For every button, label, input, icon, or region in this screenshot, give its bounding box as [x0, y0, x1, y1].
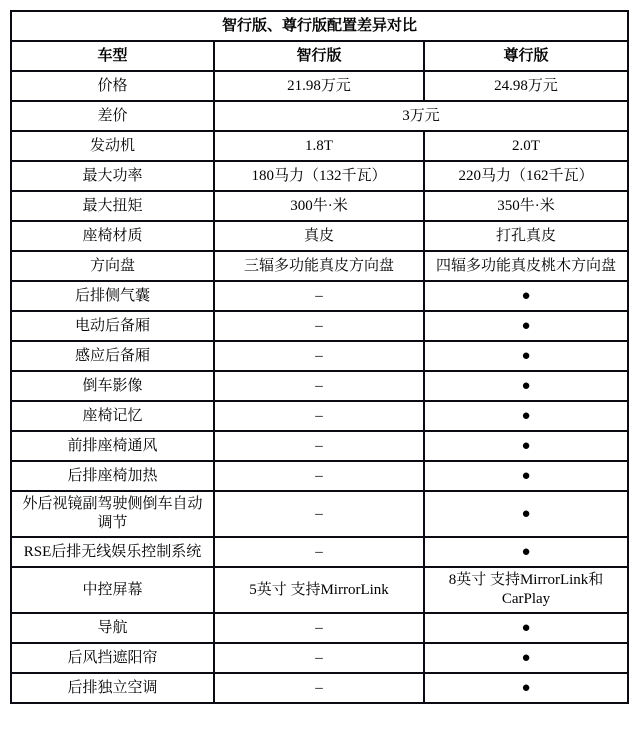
row-value: 1.8T: [214, 131, 424, 161]
table-row: 方向盘三辐多功能真皮方向盘四辐多功能真皮桃木方向盘: [11, 251, 628, 281]
row-label: 倒车影像: [11, 371, 214, 401]
row-value: 300牛·米: [214, 191, 424, 221]
row-value: –: [214, 613, 424, 643]
row-value: ●: [424, 311, 628, 341]
row-value: –: [214, 491, 424, 537]
row-label: 最大扭矩: [11, 191, 214, 221]
table-title: 智行版、尊行版配置差异对比: [11, 11, 628, 41]
table-row: 倒车影像–●: [11, 371, 628, 401]
row-label: 后风挡遮阳帘: [11, 643, 214, 673]
row-value: –: [214, 461, 424, 491]
row-value: –: [214, 371, 424, 401]
row-value: 24.98万元: [424, 71, 628, 101]
table-row: 差价3万元: [11, 101, 628, 131]
row-value: –: [214, 341, 424, 371]
row-label: 差价: [11, 101, 214, 131]
row-value: 21.98万元: [214, 71, 424, 101]
row-value: ●: [424, 281, 628, 311]
row-label: RSE后排无线娱乐控制系统: [11, 537, 214, 567]
row-value: ●: [424, 401, 628, 431]
row-value: 四辐多功能真皮桃木方向盘: [424, 251, 628, 281]
row-value: –: [214, 431, 424, 461]
table-row: 后风挡遮阳帘–●: [11, 643, 628, 673]
row-value: 打孔真皮: [424, 221, 628, 251]
table-row: 后排侧气囊–●: [11, 281, 628, 311]
row-label: 前排座椅通风: [11, 431, 214, 461]
row-value: ●: [424, 461, 628, 491]
header-row: 车型 智行版 尊行版: [11, 41, 628, 71]
table-row: 发动机1.8T2.0T: [11, 131, 628, 161]
row-value: –: [214, 401, 424, 431]
row-value: 350牛·米: [424, 191, 628, 221]
table-row: 座椅记忆–●: [11, 401, 628, 431]
column-header-zhixing: 智行版: [214, 41, 424, 71]
title-row: 智行版、尊行版配置差异对比: [11, 11, 628, 41]
page: { "chart_data": { "type": "table", "titl…: [0, 0, 637, 737]
row-value: 三辐多功能真皮方向盘: [214, 251, 424, 281]
column-header-model: 车型: [11, 41, 214, 71]
row-value: ●: [424, 643, 628, 673]
table-row: RSE后排无线娱乐控制系统–●: [11, 537, 628, 567]
row-value: ●: [424, 491, 628, 537]
row-value: –: [214, 643, 424, 673]
table-row: 后排独立空调–●: [11, 673, 628, 703]
row-value: –: [214, 281, 424, 311]
row-value-merged: 3万元: [214, 101, 628, 131]
row-label: 后排独立空调: [11, 673, 214, 703]
row-label: 后排侧气囊: [11, 281, 214, 311]
row-value: ●: [424, 341, 628, 371]
row-label: 后排座椅加热: [11, 461, 214, 491]
table-row: 前排座椅通风–●: [11, 431, 628, 461]
row-label: 电动后备厢: [11, 311, 214, 341]
row-value: 真皮: [214, 221, 424, 251]
row-value: 220马力（162千瓦）: [424, 161, 628, 191]
row-label: 价格: [11, 71, 214, 101]
row-value: ●: [424, 371, 628, 401]
row-label: 导航: [11, 613, 214, 643]
row-value: –: [214, 673, 424, 703]
row-label: 发动机: [11, 131, 214, 161]
table-rows: 智行版、尊行版配置差异对比 车型 智行版 尊行版 价格21.98万元24.98万…: [11, 11, 628, 703]
table-row: 座椅材质真皮打孔真皮: [11, 221, 628, 251]
row-value: 180马力（132千瓦）: [214, 161, 424, 191]
row-label: 中控屏幕: [11, 567, 214, 613]
row-value: ●: [424, 613, 628, 643]
row-label: 最大功率: [11, 161, 214, 191]
row-value: –: [214, 537, 424, 567]
row-label: 感应后备厢: [11, 341, 214, 371]
row-label: 方向盘: [11, 251, 214, 281]
table-row: 最大扭矩300牛·米350牛·米: [11, 191, 628, 221]
column-header-zunxing: 尊行版: [424, 41, 628, 71]
table-row: 价格21.98万元24.98万元: [11, 71, 628, 101]
row-value: ●: [424, 431, 628, 461]
comparison-table: 智行版、尊行版配置差异对比 车型 智行版 尊行版 价格21.98万元24.98万…: [10, 10, 629, 704]
table-row: 导航–●: [11, 613, 628, 643]
table-row: 最大功率180马力（132千瓦）220马力（162千瓦）: [11, 161, 628, 191]
row-label: 座椅记忆: [11, 401, 214, 431]
table-row: 中控屏幕5英寸 支持MirrorLink8英寸 支持MirrorLink和Car…: [11, 567, 628, 613]
table-row: 外后视镜副驾驶侧倒车自动调节–●: [11, 491, 628, 537]
row-label: 外后视镜副驾驶侧倒车自动调节: [11, 491, 214, 537]
table-row: 后排座椅加热–●: [11, 461, 628, 491]
row-value: ●: [424, 673, 628, 703]
row-value: –: [214, 311, 424, 341]
table-row: 电动后备厢–●: [11, 311, 628, 341]
table-row: 感应后备厢–●: [11, 341, 628, 371]
row-value: 2.0T: [424, 131, 628, 161]
row-value: 5英寸 支持MirrorLink: [214, 567, 424, 613]
row-value: 8英寸 支持MirrorLink和CarPlay: [424, 567, 628, 613]
row-label: 座椅材质: [11, 221, 214, 251]
row-value: ●: [424, 537, 628, 567]
